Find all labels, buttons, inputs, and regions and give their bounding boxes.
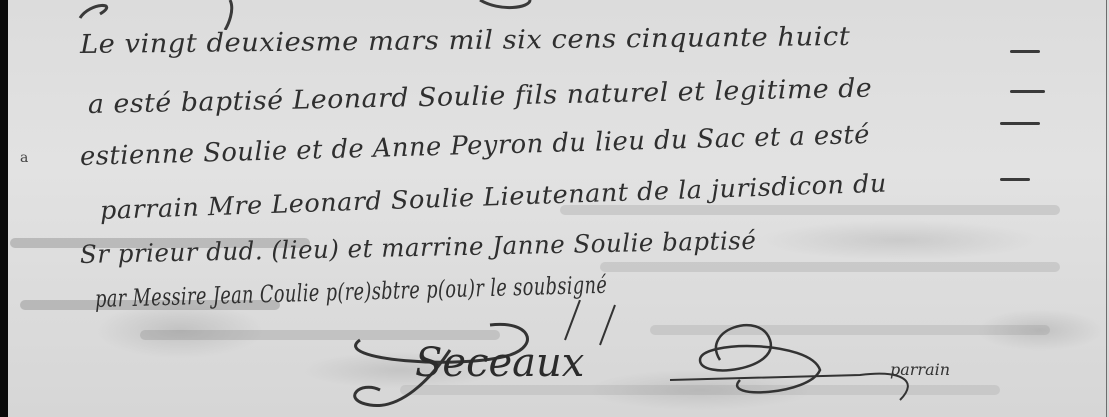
document-scan: a Le vingt deuxiesme mars mil six cens c…	[0, 0, 1109, 417]
line-end-dash	[1010, 50, 1040, 53]
ink-bleed	[560, 205, 1060, 215]
line-end-dash	[1000, 178, 1030, 181]
ink-bleed	[600, 262, 1060, 272]
signature-name: Seceaux	[415, 340, 584, 386]
record-line-2: a esté baptisé Leonard Soulie fils natur…	[88, 74, 873, 120]
scan-right-border	[1106, 0, 1107, 417]
scan-left-edge	[0, 0, 8, 417]
record-line-4: parrain Mre Leonard Soulie Lieutenant de…	[99, 169, 887, 225]
line-end-dash	[1010, 90, 1045, 93]
margin-mark: a	[20, 150, 28, 166]
signature-role-label: parrain	[890, 360, 950, 379]
record-line-3: estienne Soulie et de Anne Peyron du lie…	[80, 120, 871, 172]
line-end-dash	[1000, 122, 1040, 125]
